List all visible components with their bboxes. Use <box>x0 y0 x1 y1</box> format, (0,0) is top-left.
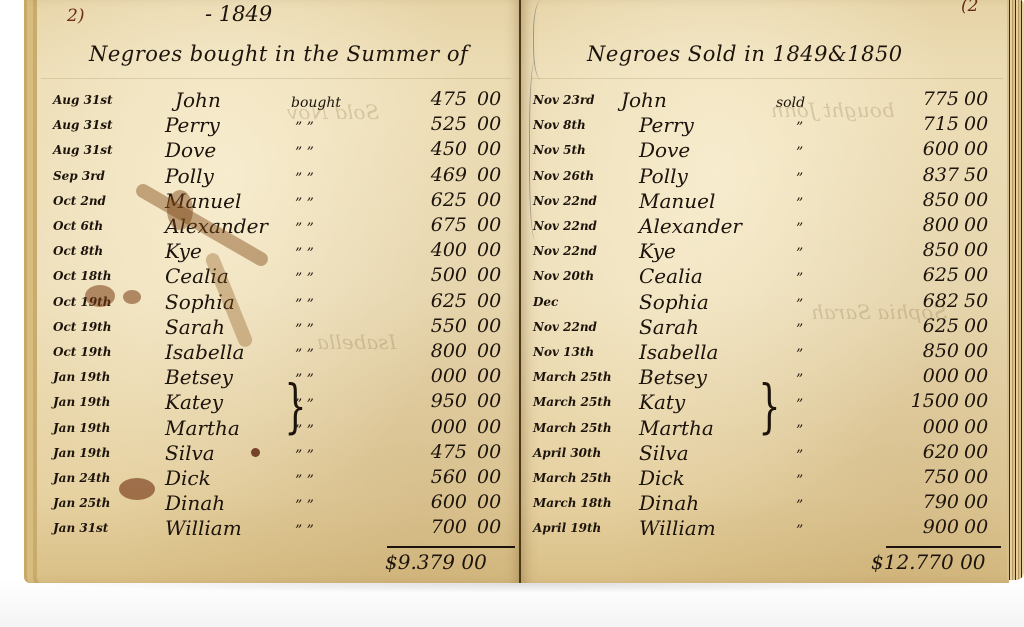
ditto-mark: ” <box>796 449 803 463</box>
entry-dollars: 800 <box>923 216 959 235</box>
entry-date: Jan 31st <box>53 522 108 534</box>
entry-name: Dove <box>165 140 216 160</box>
entry-date: Jan 25th <box>53 497 110 509</box>
entry-name: Silva <box>639 443 689 463</box>
entry-cents: 00 <box>964 216 988 235</box>
entry-cents: 00 <box>964 191 988 210</box>
entry-cents: 00 <box>477 468 501 487</box>
entry-date: April 30th <box>533 447 601 459</box>
action-word: sold <box>776 96 805 110</box>
page-heading: Negroes Sold in 1849&1850 <box>587 44 903 65</box>
total-rule <box>387 546 515 548</box>
ledger-row: Oct 19thIsabella” ”80000 <box>27 340 524 366</box>
entry-dollars: 700 <box>431 518 467 537</box>
ditto-mark: ” ” <box>295 449 314 463</box>
entry-date: Nov 8th <box>533 119 586 131</box>
entry-cents: 00 <box>964 266 988 285</box>
entry-dollars: 675 <box>431 216 467 235</box>
entry-date: Nov 23rd <box>533 94 595 106</box>
ditto-mark: ” ” <box>295 121 314 135</box>
ledger-row: Nov 22ndSarah”62500 <box>521 315 1009 341</box>
entry-name: Kye <box>165 241 202 261</box>
ditto-mark: ” ” <box>295 146 314 160</box>
ditto-mark: ” ” <box>295 348 314 362</box>
entry-dollars: 600 <box>431 493 467 512</box>
entry-name: Alexander <box>639 216 742 236</box>
entry-dollars: 850 <box>923 342 959 361</box>
entry-cents: 00 <box>477 418 501 437</box>
page-number: (2 <box>961 0 978 15</box>
entry-date: Jan 19th <box>53 447 110 459</box>
entry-dollars: 625 <box>923 317 959 336</box>
ledger-row: April 30thSilva”62000 <box>521 441 1009 467</box>
entry-date: Aug 31st <box>53 119 113 131</box>
entry-date: Nov 26th <box>533 170 594 182</box>
entry-dollars: 900 <box>923 518 959 537</box>
entry-date: Jan 24th <box>53 472 110 484</box>
ledger-scan: Sold Nov Isabella 2) - 1849 Negroes boug… <box>0 0 1024 627</box>
entry-cents: 00 <box>964 367 988 386</box>
ledger-row: Nov 22ndManuel”85000 <box>521 189 1009 215</box>
ledger-row: Nov 5thDove”60000 <box>521 138 1009 164</box>
ledger-row: Aug 31stDove” ”45000 <box>27 138 524 164</box>
entry-dollars: 000 <box>431 418 467 437</box>
ledger-row: Oct 8thKye” ”40000 <box>27 239 524 265</box>
entry-name: Dick <box>165 468 211 488</box>
entry-cents: 50 <box>964 292 988 311</box>
ditto-mark: ” <box>796 348 803 362</box>
entry-date: Oct 19th <box>53 346 111 358</box>
entry-name: Polly <box>165 166 214 186</box>
ditto-mark: ” <box>796 298 803 312</box>
ledger-row: Jan 25thDinah” ”60000 <box>27 491 524 517</box>
entry-dollars: 000 <box>431 367 467 386</box>
ledger-row: Nov 22ndKye”85000 <box>521 239 1009 265</box>
entry-date: Dec <box>533 296 558 308</box>
entry-dollars: 850 <box>923 191 959 210</box>
ledger-row: April 19thWilliam”90000 <box>521 516 1009 542</box>
entry-cents: 00 <box>477 342 501 361</box>
entry-name: Sophia <box>639 292 709 312</box>
entry-name: Martha <box>639 418 714 438</box>
entry-date: Nov 5th <box>533 144 586 156</box>
entry-cents: 00 <box>964 140 988 159</box>
entry-cents: 00 <box>964 342 988 361</box>
ditto-mark: ” ” <box>295 272 314 286</box>
entry-dollars: 1500 <box>911 392 959 411</box>
entry-date: Oct 2nd <box>53 195 106 207</box>
ledger-row: March 18thDinah”79000 <box>521 491 1009 517</box>
entry-cents: 00 <box>477 266 501 285</box>
ditto-mark: ” <box>796 398 803 412</box>
year-label: - 1849 <box>205 4 272 25</box>
ditto-mark: ” <box>796 474 803 488</box>
entry-cents: 00 <box>477 241 501 260</box>
entry-date: Nov 22nd <box>533 321 597 333</box>
entry-date: Oct 18th <box>53 270 111 282</box>
entry-cents: 00 <box>477 166 501 185</box>
entry-date: Oct 6th <box>53 220 103 232</box>
entry-cents: 00 <box>477 493 501 512</box>
entry-name: Dinah <box>639 493 699 513</box>
page-heading: Negroes bought in the Summer of <box>89 44 468 65</box>
entry-name: Manuel <box>639 191 715 211</box>
ditto-mark: ” ” <box>295 298 314 312</box>
ledger-row: March 25thDick”75000 <box>521 466 1009 492</box>
page-number: 2) <box>67 8 84 25</box>
entry-date: Nov 22nd <box>533 245 597 257</box>
entry-dollars: 525 <box>431 115 467 134</box>
ledger-row: Nov 22ndAlexander”80000 <box>521 214 1009 240</box>
ledger-row: Jan 19thBetsey” ”00000 <box>27 365 524 391</box>
entry-name: Dick <box>639 468 685 488</box>
entry-name: John <box>621 90 667 110</box>
entry-date: March 18th <box>533 497 612 509</box>
ditto-mark: ” <box>796 222 803 236</box>
entry-date: Sep 3rd <box>53 170 105 182</box>
entry-dollars: 469 <box>431 166 467 185</box>
entry-cents: 00 <box>964 317 988 336</box>
ditto-mark: ” <box>796 424 803 438</box>
entry-name: Dinah <box>165 493 225 513</box>
entry-cents: 00 <box>964 392 988 411</box>
ledger-row: Nov 20thCealia”62500 <box>521 264 1009 290</box>
entry-cents: 00 <box>964 241 988 260</box>
ledger-row: Nov 26thPolly”83750 <box>521 164 1009 190</box>
entry-name: Isabella <box>639 342 718 362</box>
entry-dollars: 500 <box>431 266 467 285</box>
ink-stain <box>123 290 141 304</box>
entry-name: Martha <box>165 418 240 438</box>
entry-name: Dove <box>639 140 690 160</box>
ledger-row: Nov 13thIsabella”85000 <box>521 340 1009 366</box>
entry-dollars: 000 <box>923 367 959 386</box>
entry-cents: 00 <box>964 468 988 487</box>
entry-dollars: 625 <box>431 191 467 210</box>
entry-name: William <box>165 518 242 538</box>
ledger-row: Oct 19thSarah” ”55000 <box>27 315 524 341</box>
entry-cents: 00 <box>477 115 501 134</box>
entry-cents: 00 <box>477 292 501 311</box>
ditto-mark: ” <box>796 272 803 286</box>
ditto-mark: ” ” <box>295 323 314 337</box>
ditto-mark: ” <box>796 499 803 513</box>
entry-dollars: 790 <box>923 493 959 512</box>
entry-dollars: 600 <box>923 140 959 159</box>
ditto-mark: ” ” <box>295 172 314 186</box>
entry-cents: 00 <box>964 115 988 134</box>
entry-dollars: 475 <box>431 90 467 109</box>
ditto-mark: ” <box>796 121 803 135</box>
ledger-row: Sep 3rdPolly” ”46900 <box>27 164 524 190</box>
ruled-line <box>41 78 511 79</box>
entry-name: William <box>639 518 716 538</box>
ditto-mark: ” ” <box>295 524 314 538</box>
entry-name: John <box>175 90 221 110</box>
ledger-row: Oct 6thAlexander” ”67500 <box>27 214 524 240</box>
ditto-mark: ” ” <box>295 474 314 488</box>
entry-dollars: 715 <box>923 115 959 134</box>
ledger-row: Oct 2ndManuel” ”62500 <box>27 189 524 215</box>
entry-name: Perry <box>639 115 694 135</box>
ledger-row: Jan 24thDick” ”56000 <box>27 466 524 492</box>
entry-name: Perry <box>165 115 220 135</box>
entry-cents: 00 <box>964 90 988 109</box>
entry-date: Nov 22nd <box>533 195 597 207</box>
ledger-row: DecSophia”68250 <box>521 290 1009 316</box>
ruled-line <box>531 78 1003 79</box>
entry-date: Oct 19th <box>53 321 111 333</box>
entry-name: Sarah <box>165 317 225 337</box>
entry-cents: 00 <box>477 518 501 537</box>
entry-name: Sarah <box>639 317 699 337</box>
entry-name: Kye <box>639 241 676 261</box>
ink-stain <box>85 285 115 307</box>
ditto-mark: ” <box>796 373 803 387</box>
ledger-row: Jan 19thMartha” ”00000 <box>27 416 524 442</box>
entry-date: Nov 22nd <box>533 220 597 232</box>
entry-cents: 00 <box>477 216 501 235</box>
purchase-total: $9.379 00 <box>385 552 487 572</box>
entry-dollars: 400 <box>431 241 467 260</box>
ledger-row: Nov 8thPerry”71500 <box>521 113 1009 139</box>
ink-stain <box>167 190 193 230</box>
ledger-row: Nov 23rdJohnsold77500 <box>521 88 1009 114</box>
total-rule <box>886 546 1001 548</box>
entry-name: Silva <box>165 443 215 463</box>
ledger-row: Aug 31stJohnbought47500 <box>27 88 524 114</box>
ditto-mark: ” <box>796 323 803 337</box>
sales-total: $12.770 00 <box>871 552 986 572</box>
left-page: Sold Nov Isabella 2) - 1849 Negroes boug… <box>24 0 521 583</box>
ink-dot <box>251 448 260 457</box>
entry-date: Jan 19th <box>53 422 110 434</box>
entry-cents: 00 <box>477 90 501 109</box>
entry-cents: 00 <box>964 493 988 512</box>
entry-date: Jan 19th <box>53 396 110 408</box>
entry-date: March 25th <box>533 422 612 434</box>
entry-dollars: 800 <box>431 342 467 361</box>
entry-cents: 00 <box>477 140 501 159</box>
ditto-mark: ” <box>796 524 803 538</box>
entry-date: Aug 31st <box>53 94 113 106</box>
entry-dollars: 550 <box>431 317 467 336</box>
ditto-mark: ” ” <box>295 247 314 261</box>
entry-name: Betsey <box>639 367 707 387</box>
entry-dollars: 620 <box>923 443 959 462</box>
entry-date: March 25th <box>533 371 612 383</box>
entry-dollars: 560 <box>431 468 467 487</box>
entry-name: Isabella <box>165 342 244 362</box>
entry-cents: 00 <box>964 518 988 537</box>
entry-dollars: 950 <box>431 392 467 411</box>
entry-name: Betsey <box>165 367 233 387</box>
page-edges <box>1007 0 1024 580</box>
ditto-mark: ” ” <box>295 499 314 513</box>
entry-date: March 25th <box>533 396 612 408</box>
entry-date: Aug 31st <box>53 144 113 156</box>
entry-cents: 00 <box>964 418 988 437</box>
entry-date: Nov 20th <box>533 270 594 282</box>
ledger-row: Jan 31stWilliam” ”70000 <box>27 516 524 542</box>
ditto-mark: ” <box>796 197 803 211</box>
entry-date: Jan 19th <box>53 371 110 383</box>
ditto-mark: ” ” <box>295 197 314 211</box>
entry-dollars: 000 <box>923 418 959 437</box>
ledger-row: Aug 31stPerry” ”52500 <box>27 113 524 139</box>
ledger-row: Jan 19thKatey” ”95000 <box>27 390 524 416</box>
entry-dollars: 682 <box>923 292 959 311</box>
ditto-mark: ” <box>796 146 803 160</box>
entry-dollars: 775 <box>923 90 959 109</box>
entry-cents: 00 <box>477 443 501 462</box>
entry-dollars: 475 <box>431 443 467 462</box>
ditto-mark: ” ” <box>295 222 314 236</box>
ledger-row: Jan 19thSilva” ”47500 <box>27 441 524 467</box>
entry-date: Nov 13th <box>533 346 594 358</box>
entry-date: Oct 8th <box>53 245 103 257</box>
entry-name: Katy <box>639 392 685 412</box>
entry-dollars: 625 <box>431 292 467 311</box>
entry-cents: 00 <box>477 392 501 411</box>
entry-date: March 25th <box>533 472 612 484</box>
brace-mark: } <box>284 372 306 440</box>
entry-date: April 19th <box>533 522 601 534</box>
entry-dollars: 750 <box>923 468 959 487</box>
entry-cents: 00 <box>964 443 988 462</box>
ditto-mark: ” <box>796 172 803 186</box>
entry-dollars: 625 <box>923 266 959 285</box>
entry-name: Katey <box>165 392 223 412</box>
ink-stain <box>119 478 155 500</box>
ditto-mark: ” <box>796 247 803 261</box>
action-word: bought <box>291 96 341 110</box>
entry-cents: 00 <box>477 367 501 386</box>
entry-cents: 00 <box>477 191 501 210</box>
entry-cents: 00 <box>477 317 501 336</box>
entry-dollars: 450 <box>431 140 467 159</box>
entry-name: Cealia <box>639 266 703 286</box>
entry-dollars: 850 <box>923 241 959 260</box>
right-page: bought John Sophia Sarah (2 Negroes Sold… <box>521 0 1009 583</box>
entry-name: Polly <box>639 166 688 186</box>
brace-mark: } <box>758 372 780 440</box>
entry-cents: 50 <box>964 166 988 185</box>
entry-dollars: 837 <box>923 166 959 185</box>
